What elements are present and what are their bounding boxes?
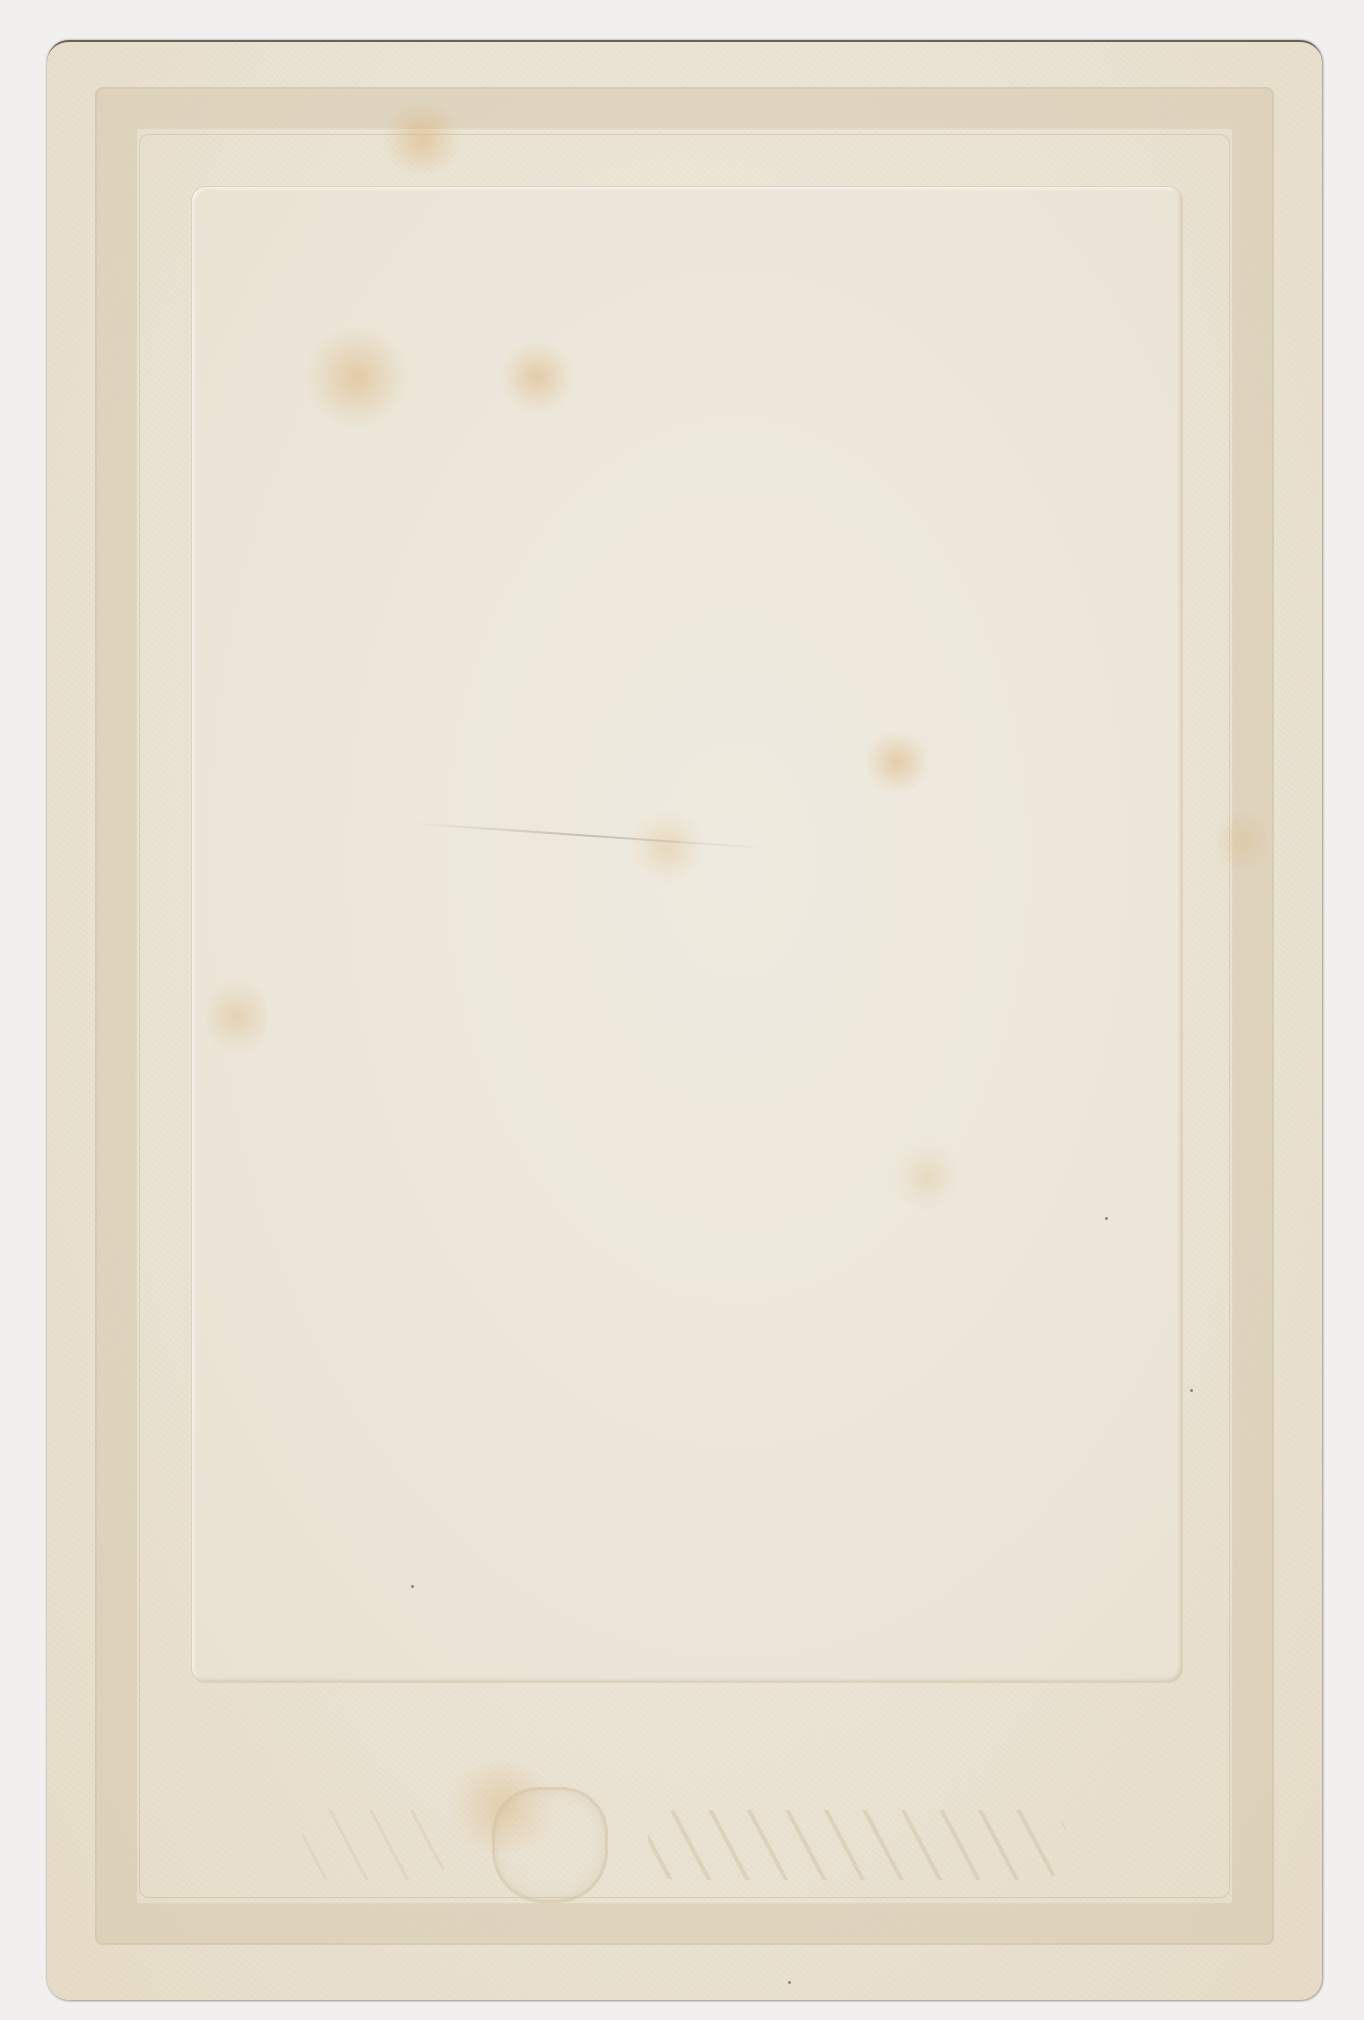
dust-speck [1105,1217,1108,1220]
dust-speck [411,1585,414,1588]
cabinet-card-back [47,40,1322,2000]
foxing-stain [1217,802,1267,882]
dust-speck [788,1981,791,1984]
imprint-script-left [302,1810,452,1880]
dust-speck [1190,1389,1193,1392]
foxing-stain [207,972,267,1062]
foxing-stain [302,327,412,427]
foxing-stain [892,1142,962,1212]
foxing-stain [627,812,707,882]
foxing-stain [862,732,932,792]
foxing-stain [497,342,577,412]
imprint-crest-emblem [492,1787,608,1903]
foxing-stain [377,104,467,174]
imprint-script-signature [648,1810,1068,1880]
embossed-photographer-imprint [47,1785,1322,1905]
